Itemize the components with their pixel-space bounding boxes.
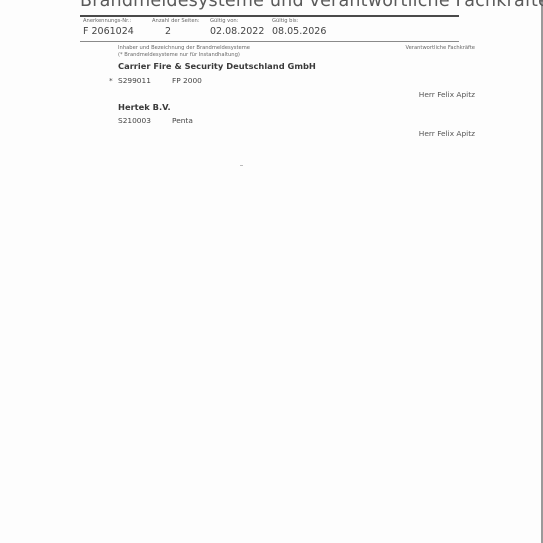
left-column-note: (* Brandmeldesysteme nur für Instandhalt… — [118, 52, 240, 58]
document-title: Brandmeldesysteme und verantwortliche Fa… — [80, 0, 480, 11]
meta-value: F 2061024 — [83, 26, 134, 37]
holder-name: Hertek B.V. — [118, 102, 171, 112]
meta-label: Gültig von: — [210, 18, 264, 24]
meta-valid-until: Gültig bis: 08.05.2026 — [272, 18, 326, 37]
responsible-person: Herr Felix Apitz — [419, 129, 475, 138]
meta-recognition-number: Anerkennungs-Nr.: F 2061024 — [83, 18, 134, 37]
meta-value: 08.05.2026 — [272, 26, 326, 37]
system-marker: * — [109, 76, 113, 85]
system-name: Penta — [172, 116, 193, 125]
meta-label: Anerkennungs-Nr.: — [83, 18, 134, 24]
left-column-heading: Inhaber und Bezeichnung der Brandmeldesy… — [118, 45, 250, 51]
meta-value: 2 — [152, 26, 200, 37]
title-rule — [80, 15, 459, 17]
system-number: S299011 — [118, 76, 151, 85]
scan-speck — [240, 165, 243, 166]
right-column-heading: Verantwortliche Fachkräfte — [405, 45, 475, 51]
meta-page-count: Anzahl der Seiten: 2 — [152, 18, 200, 37]
meta-label: Gültig bis: — [272, 18, 326, 24]
holder-name: Carrier Fire & Security Deutschland GmbH — [118, 61, 316, 71]
system-number: S210003 — [118, 116, 151, 125]
meta-valid-from: Gültig von: 02.08.2022 — [210, 18, 264, 37]
system-name: FP 2000 — [172, 76, 202, 85]
meta-label: Anzahl der Seiten: — [152, 18, 200, 24]
meta-rule — [80, 41, 459, 42]
responsible-person: Herr Felix Apitz — [419, 90, 475, 99]
meta-value: 02.08.2022 — [210, 26, 264, 37]
